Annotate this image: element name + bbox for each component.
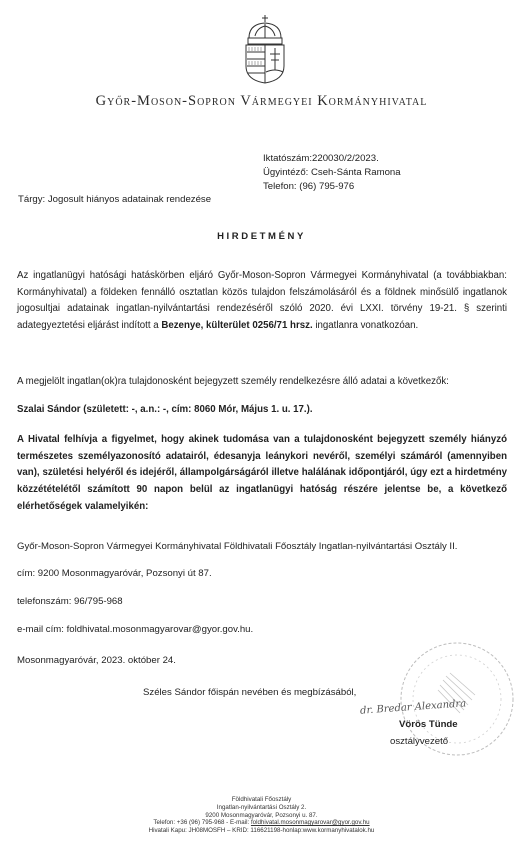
contact-office: Győr-Moson-Sopron Vármegyei Kormányhivat… [17,541,457,552]
contact-phone: telefonszám: 96/795-968 [17,596,123,607]
property-reference: Bezenye, külterület 0256/71 hrsz. [161,320,312,331]
owner-details: Szalai Sándor (született: -, a.n.: -, cí… [17,402,507,419]
subject-line: Tárgy: Jogosult hiányos adatainak rendez… [18,194,211,205]
footer-email-link[interactable]: foldhivatal.mosonmagyarovar@gyor.gov.hu [251,819,370,826]
contact-address: cím: 9200 Mosonmagyaróvár, Pozsonyi út 8… [17,568,212,579]
contact-email: e-mail cím: foldhivatal.mosonmagyarovar@… [17,624,253,635]
paragraph-notice: A Hivatal felhívja a figyelmet, hogy aki… [17,432,507,516]
case-officer: Ügyintéző: Cseh-Sánta Ramona [263,166,401,180]
paragraph-intro: Az ingatlanügyi hatósági hatáskörben elj… [17,268,507,335]
footer: Földhivatali Főosztály Ingatlan-nyilvánt… [0,796,523,835]
hungarian-coat-of-arms-icon [241,14,289,84]
signature-intro: Széles Sándor főispán nevében és megbízá… [143,687,356,698]
registration-number: Iktatószám:220030/2/2023. [263,152,401,166]
paragraph-owner-intro: A megjelölt ingatlan(ok)ra tulajdonoskén… [17,374,507,391]
signer-role: osztályvezető [390,736,448,747]
place-and-date: Mosonmagyaróvár, 2023. október 24. [17,655,176,666]
phone-number: Telefon: (96) 795-976 [263,180,401,194]
document-title: HIRDETMÉNY [0,231,523,242]
document-meta: Iktatószám:220030/2/2023. Ügyintéző: Cse… [263,152,401,194]
signer-name: Vörös Tünde [399,719,458,730]
organization-name: Győr-Moson-Sopron Vármegyei Kormányhivat… [0,93,523,110]
